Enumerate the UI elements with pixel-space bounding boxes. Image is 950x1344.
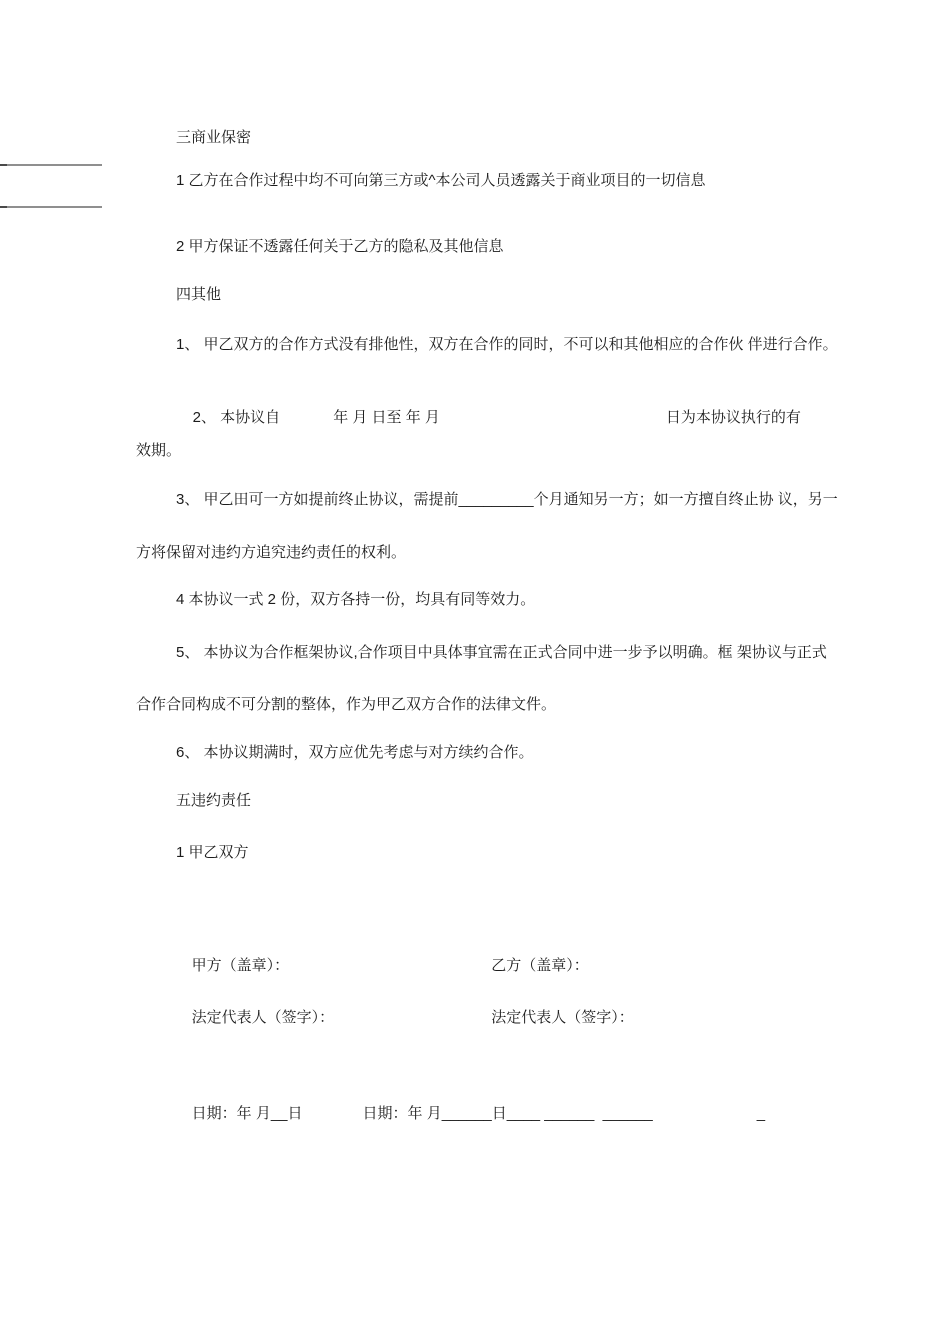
rule-tip bbox=[0, 206, 7, 208]
clause-others-2-date-blanks: 年 月 日至 年 月 bbox=[333, 409, 440, 426]
section-heading-breach-liability: 五违约责任 bbox=[176, 791, 251, 811]
section-heading-others: 四其他 bbox=[176, 285, 221, 305]
clause-others-3-continuation: 方将保留对违约方追究违约责任的权利。 bbox=[136, 543, 406, 563]
clause-others-5-continuation: 合作合同构成不可分割的整体，作为甲乙双方合作的法律文件。 bbox=[136, 695, 556, 715]
document-page: 三商业保密 1 乙方在合作过程中均不可向第三方或^本公司人员透露关于商业项目的一… bbox=[0, 0, 950, 1344]
party-b-seal-label: 乙方（盖章）： bbox=[491, 957, 589, 974]
clause-others-5: 5、 本协议为合作框架协议,合作项目中具体事宜需在正式合同中进一步予以明确。框 … bbox=[176, 643, 827, 663]
left-margin-rule-bottom bbox=[0, 206, 102, 208]
representative-signature-row: 法定代表人（签字）：法定代表人（签字）： bbox=[175, 988, 634, 1049]
clause-confidentiality-1: 1 乙方在合作过程中均不可向第三方或^本公司人员透露关于商业项目的一切信息 bbox=[176, 171, 706, 191]
clause-others-2-suffix: 日为本协议执行的有 bbox=[666, 409, 801, 426]
left-margin-rule-top bbox=[0, 164, 102, 166]
rule-tip bbox=[0, 164, 7, 166]
clause-breach-1: 1 甲乙双方 bbox=[176, 843, 249, 863]
party-a-date-label: 日期：年 月__日 bbox=[192, 1105, 303, 1122]
party-b-representative-label: 法定代表人（签字）： bbox=[491, 1009, 634, 1026]
party-a-representative-label: 法定代表人（签字）： bbox=[192, 1009, 335, 1026]
clause-confidentiality-2: 2 甲方保证不透露任何关于乙方的隐私及其他信息 bbox=[176, 237, 504, 257]
clause-others-2: 2、 本协议自年 月 日至 年 月日为本协议执行的有 bbox=[176, 388, 801, 449]
clause-others-2-prefix: 2、 本协议自 bbox=[193, 409, 281, 426]
clause-others-6: 6、 本协议期满时，双方应优先考虑与对方续约合作。 bbox=[176, 743, 534, 763]
party-b-date-label: 日期：年 月______日____ ______ ______ bbox=[363, 1105, 653, 1122]
clause-others-3: 3、 甲乙田可一方如提前终止协议，需提前_________个月通知另一方；如一方… bbox=[176, 490, 838, 510]
section-heading-confidentiality: 三商业保密 bbox=[176, 128, 251, 148]
clause-others-2-continuation: 效期。 bbox=[136, 441, 181, 461]
clause-others-4: 4 本协议一式 2 份，双方各持一份，均具有同等效力。 bbox=[176, 590, 535, 610]
date-trailing-blank: _ bbox=[757, 1105, 765, 1122]
date-row: 日期：年 月__日日期：年 月______日____ ______ ______… bbox=[175, 1084, 765, 1145]
clause-others-1: 1、 甲乙双方的合作方式没有排他性，双方在合作的同时，不可以和其他相应的合作伙 … bbox=[176, 335, 838, 355]
party-a-seal-label: 甲方（盖章）： bbox=[192, 957, 290, 974]
